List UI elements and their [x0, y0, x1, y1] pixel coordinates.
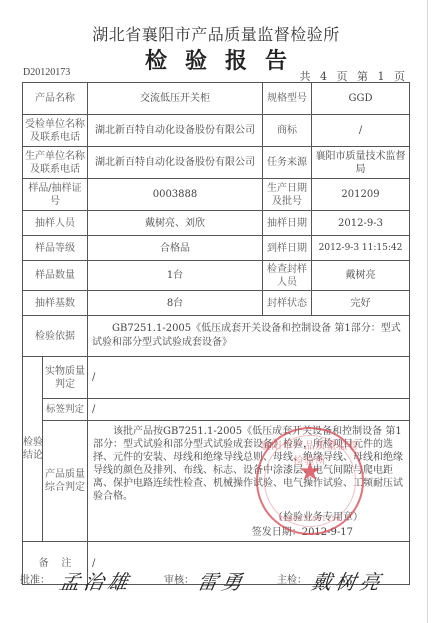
producer-label: 生产单位名称及联系电话	[23, 147, 88, 179]
table-row: 检验依据 GB7251.1-2005《低压成套开关设备和控制设备 第1部分：型式…	[23, 316, 410, 357]
product-name-value: 交流低压开关柜	[88, 83, 263, 115]
sealer-label: 检查封样人员	[263, 261, 312, 291]
organization-name: 湖北省襄阳市产品质量监督检验所	[0, 22, 432, 45]
basis-value: GB7251.1-2005《低压成套开关设备和控制设备 第1部分：型式试验和部分…	[88, 316, 410, 357]
table-row: 抽样人员 戴树亮、刘欣 抽样日期 2012-9-3	[23, 211, 410, 236]
tag-judgement-label: 标签判定	[43, 399, 88, 421]
inspected-unit-label: 受检单位名称及联系电话	[23, 115, 88, 147]
producer-value: 湖北新百特自动化设备股份有限公司	[88, 147, 263, 179]
grade-label: 样品等级	[23, 236, 88, 261]
grade-value: 合格品	[88, 236, 263, 261]
report-table: 产品名称 交流低压开关柜 规格型号 GGD 受检单位名称及联系电话 湖北新百特自…	[22, 82, 410, 585]
sampler-label: 抽样人员	[23, 211, 88, 236]
model-value: GGD	[312, 83, 410, 115]
approve-signature: 孟治雄	[57, 566, 134, 595]
sampler-value: 戴树亮、刘欣	[88, 211, 263, 236]
overall-judgement-cell: 该批产品按GB7251.1-2005《低压成套开关设备和控制设备 第1部分：型式…	[88, 421, 410, 542]
overall-judgement-text: 该批产品按GB7251.1-2005《低压成套开关设备和控制设备 第1部分：型式…	[93, 425, 405, 503]
conclusion-label-text: 检验结论	[23, 436, 43, 462]
table-row: 产品质量综合判定 该批产品按GB7251.1-2005《低压成套开关设备和控制设…	[23, 421, 410, 542]
production-date-value: 201209	[312, 179, 410, 211]
inspector-label: 主检：	[277, 571, 307, 586]
seal-note: （检验业务专用章）	[93, 511, 405, 524]
table-row: 样品等级 合格品 到样日期 2012-9-3 11:15:42	[23, 236, 410, 261]
table-row: 受检单位名称及联系电话 湖北新百特自动化设备股份有限公司 商标 /	[23, 115, 410, 147]
task-source-value: 襄阳市质量技术监督局	[312, 147, 410, 179]
issue-date: 签发日期：2012-9-17	[93, 526, 405, 539]
physical-quality-label: 实物质量判定	[43, 357, 88, 399]
sample-no-label: 样品/抽样证号	[23, 179, 88, 211]
approve-label: 批准：	[20, 571, 50, 586]
signature-area: 批准： 孟治雄 审核： 雷勇 主检： 戴树亮	[20, 566, 420, 606]
table-row: 抽样基数 8台 封样状态 完好	[23, 291, 410, 316]
table-row: 产品名称 交流低压开关柜 规格型号 GGD	[23, 83, 410, 115]
seal-status-label: 封样状态	[263, 291, 312, 316]
task-source-label: 任务来源	[263, 147, 312, 179]
sample-no-value: 0003888	[88, 179, 263, 211]
table-row: 标签判定 /	[23, 399, 410, 421]
overall-judgement-label: 产品质量综合判定	[43, 421, 88, 542]
model-label: 规格型号	[263, 83, 312, 115]
sealer-value: 戴树亮	[312, 261, 410, 291]
table-row: 样品/抽样证号 0003888 生产日期及批号 201209	[23, 179, 410, 211]
trademark-label: 商标	[263, 115, 312, 147]
sampling-date-label: 抽样日期	[263, 211, 312, 236]
production-date-label: 生产日期及批号	[263, 179, 312, 211]
basis-text: GB7251.1-2005《低压成套开关设备和控制设备 第1部分：型式试验和部分…	[92, 323, 401, 348]
table-row: 检验结论 实物质量判定 /	[23, 357, 410, 399]
quantity-value: 1台	[88, 261, 263, 291]
arrival-date-label: 到样日期	[263, 236, 312, 261]
sampling-date-value: 2012-9-3	[312, 211, 410, 236]
inspected-unit-value: 湖北新百特自动化设备股份有限公司	[88, 115, 263, 147]
basis-label: 检验依据	[23, 316, 88, 357]
inspector-signature: 戴树亮	[309, 566, 386, 595]
review-label: 审核：	[164, 571, 194, 586]
table-row: 生产单位名称及联系电话 湖北新百特自动化设备股份有限公司 任务来源 襄阳市质量技…	[23, 147, 410, 179]
trademark-value: /	[312, 115, 410, 147]
base-value: 8台	[88, 291, 263, 316]
page-edge	[427, 0, 428, 623]
product-name-label: 产品名称	[23, 83, 88, 115]
tag-judgement-value: /	[88, 399, 410, 421]
base-label: 抽样基数	[23, 291, 88, 316]
conclusion-label: 检验结论	[23, 357, 43, 542]
report-number: D20120173	[23, 67, 70, 78]
seal-status-value: 完好	[312, 291, 410, 316]
arrival-date-value: 2012-9-3 11:15:42	[312, 236, 410, 261]
table-row: 样品数量 1台 检查封样人员 戴树亮	[23, 261, 410, 291]
physical-quality-value: /	[88, 357, 410, 399]
quantity-label: 样品数量	[23, 261, 88, 291]
review-signature: 雷勇	[195, 566, 248, 595]
